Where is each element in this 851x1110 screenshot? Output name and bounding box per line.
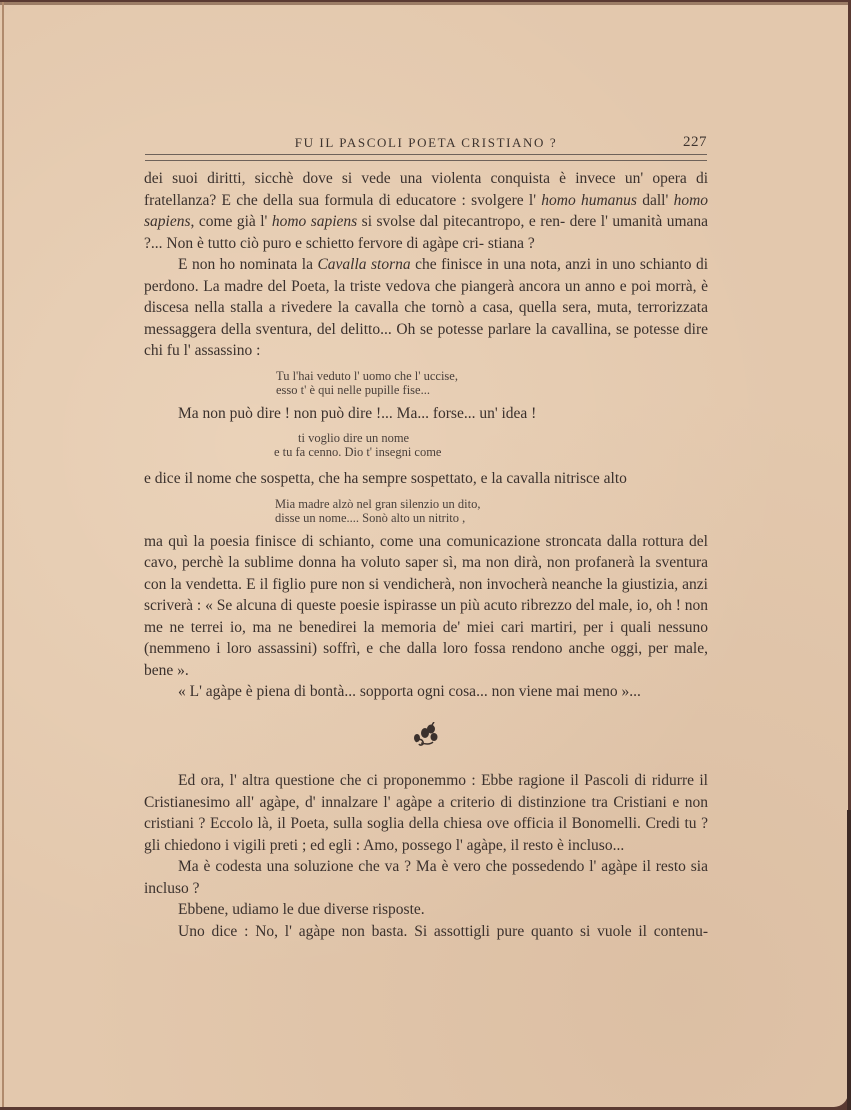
paragraph-3: ma quì la poesia finisce di schianto, co… bbox=[144, 531, 708, 682]
fleuron-ornament-icon bbox=[410, 722, 442, 750]
page-number: 227 bbox=[683, 134, 707, 151]
section-1: dei suoi diritti, sicchè dove si vede un… bbox=[144, 168, 708, 703]
paragraph-1: dei suoi diritti, sicchè dove si vede un… bbox=[144, 168, 708, 254]
interjection-line: Ma non può dire ! non può dire !... Ma..… bbox=[144, 403, 708, 425]
verse-quote-3: Mia madre alzò nel gran silenzio un dito… bbox=[144, 497, 708, 525]
background-shadow bbox=[847, 810, 851, 1110]
book-page: FU IL PASCOLI POETA CRISTIANO ? 227 dei … bbox=[0, 2, 848, 1107]
italic-term: homo humanus bbox=[541, 192, 637, 209]
running-head: FU IL PASCOLI POETA CRISTIANO ? 227 bbox=[145, 132, 707, 152]
paragraph-4-quote: « L' agàpe è piena di bontà... sopporta … bbox=[144, 681, 708, 703]
paragraph-6: Ma è codesta una soluzione che va ? Ma è… bbox=[144, 856, 708, 899]
poem-title: Cavalla storna bbox=[317, 256, 410, 273]
verse-quote-2: ti voglio dire un nome e tu fa cenno. Di… bbox=[144, 431, 708, 459]
paragraph-8: Uno dice : No, l' agàpe non basta. Si as… bbox=[144, 921, 708, 943]
section-2: Ed ora, l' altra questione che ci propon… bbox=[144, 770, 708, 942]
page-top-edge bbox=[0, 2, 848, 5]
verse-quote-1: Tu l'hai veduto l' uomo che l' uccise, e… bbox=[144, 369, 708, 397]
paragraph-5: Ed ora, l' altra questione che ci propon… bbox=[144, 770, 708, 856]
italic-term: homo sapiens bbox=[272, 213, 357, 230]
header-double-rule bbox=[145, 154, 707, 161]
running-title: FU IL PASCOLI POETA CRISTIANO ? bbox=[145, 135, 707, 151]
page-left-edge bbox=[2, 2, 4, 1107]
paragraph-2: E non ho nominata la Cavalla storna che … bbox=[144, 254, 708, 362]
paragraph-7: Ebbene, udiamo le due diverse risposte. bbox=[144, 899, 708, 921]
narrative-line: e dice il nome che sospetta, che ha semp… bbox=[144, 468, 708, 490]
